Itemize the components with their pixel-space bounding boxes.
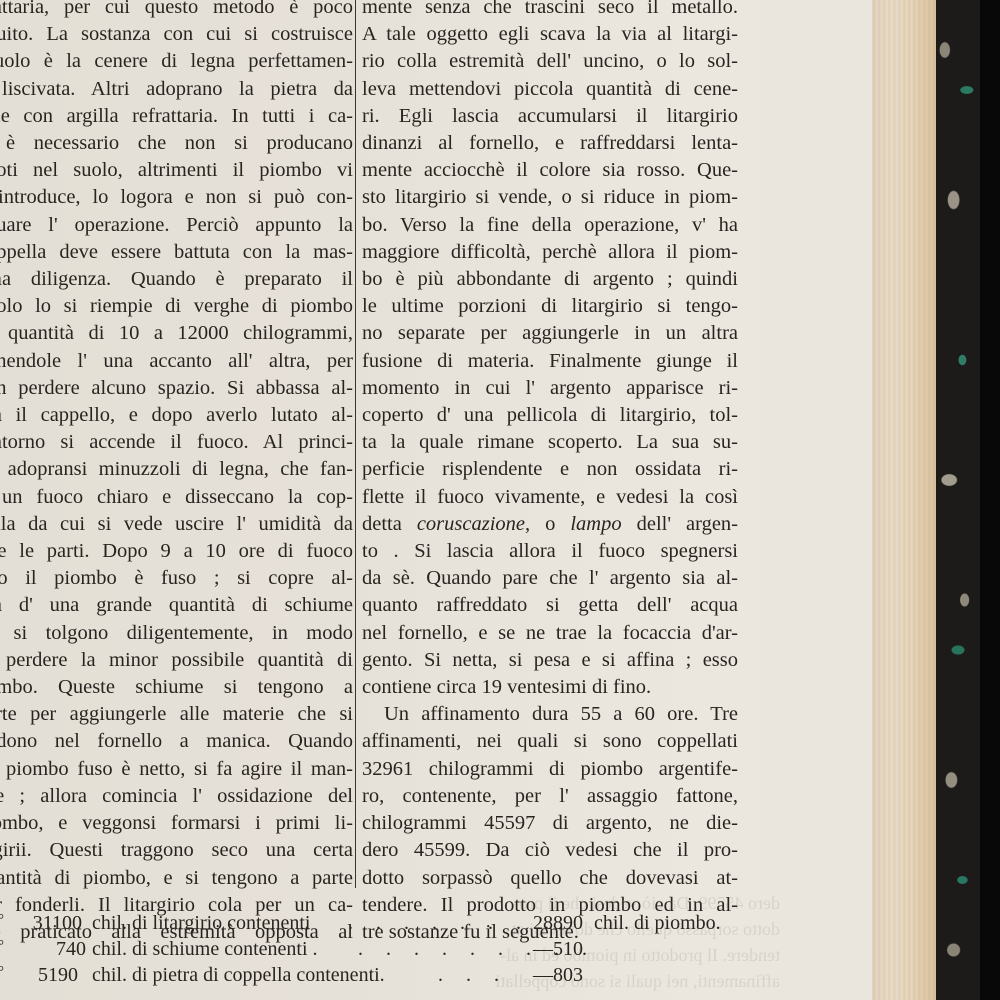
text-line: 32961 chilogrammi di piombo argentife-	[362, 756, 738, 783]
text-line: ra il cappello, e dopo averlo lutato al-	[0, 402, 353, 429]
leader-dots: . . .	[438, 962, 508, 988]
result-value: 28890	[503, 910, 583, 936]
text-line: guito. La sostanza con cui si costruisce	[0, 21, 353, 48]
text-line: momento in cui l' argento apparisce ri-	[362, 375, 738, 402]
degree-marker: °	[0, 933, 4, 959]
text-line: Un affinamento dura 55 a 60 ore. Tre	[362, 701, 738, 728]
text-line: o adopransi minuzzoli di legna, che fan-	[0, 456, 353, 483]
text-line: contiene circa 19 ventesimi di fino.	[362, 674, 738, 701]
text-line: chilogrammi 45597 di argento, ne die-	[362, 810, 738, 837]
italic-term: coruscazione	[417, 513, 525, 535]
text-fragment: , o	[525, 513, 570, 535]
text-line: liscivata. Altri adoprano la pietra da	[0, 76, 353, 103]
text-line: un fuoco chiaro e disseccano la cop-	[0, 484, 353, 511]
text-line: oppella deve essere battuta con la mas-	[0, 239, 353, 266]
text-line: mente acciocchè il colore sia rosso. Que…	[362, 157, 738, 184]
text-line: gento. Si netta, si pesa e si affina ; e…	[362, 647, 738, 674]
column-divider	[355, 0, 356, 888]
text-line: è necessario che non si producano	[0, 130, 353, 157]
quantity: 740	[6, 936, 86, 962]
left-text-column: rattaria, per cui questo metodo è poco g…	[0, 0, 353, 946]
text-line: quanto raffreddato si getta dell' acqua	[362, 592, 738, 619]
text-line: flette il fuoco vivamente, e vedesi la c…	[362, 484, 738, 511]
text-line: dero 45599. Da ciò vedesi che il pro-	[362, 837, 738, 864]
text-line: quantità di 10 a 12000 chilogrammi,	[0, 320, 353, 347]
text-line: ta la quale rimane scoperto. La sua su-	[362, 429, 738, 456]
text-line: e si tolgono diligentemente, in modo	[0, 620, 353, 647]
text-line: ce ; allora comincia l' ossidazione del	[0, 783, 353, 810]
text-fragment: dell' argen-	[622, 513, 738, 535]
text-line: dinanzi al fornello, e raffreddarsi lent…	[362, 130, 738, 157]
text-line: bo è più abbondante di argento ; quindi	[362, 266, 738, 293]
page-edges	[872, 0, 936, 1000]
description: chil. di schiume contenenti .	[92, 936, 318, 962]
text-line: piombo fuso è netto, si fa agire il man-	[0, 756, 353, 783]
text-line: lce con argilla refrattaria. In tutti i …	[0, 103, 353, 130]
text-line: tte le parti. Dopo 9 a 10 ore di fuoco	[0, 538, 353, 565]
italic-term: lampo	[570, 513, 621, 535]
description: chil. di litargirio contenenti	[92, 910, 310, 936]
text-line: suolo è la cenere di legna perfettamen-	[0, 48, 353, 75]
table-row: ° 740 chil. di schiume contenenti . . . …	[0, 936, 758, 962]
quantity: 5190	[0, 962, 78, 988]
text-line: uantità di piombo, e si tengono a parte	[0, 865, 353, 892]
right-text-column: mente senza che trascini seco il metallo…	[362, 0, 738, 946]
text-line: A tale oggetto egli scava la via al lita…	[362, 21, 738, 48]
description: chil. di pietra di coppella contenenti.	[92, 962, 385, 988]
text-line: ro, contenente, per l' assaggio fattone,	[362, 783, 738, 810]
text-line: le ultime porzioni di litargirio si teng…	[362, 293, 738, 320]
text-line: on perdere alcuno spazio. Si abbassa al-	[0, 375, 353, 402]
text-line: ndono nel fornello a manica. Quando	[0, 728, 353, 755]
text-line: fusione di materia. Finalmente giunge il	[362, 348, 738, 375]
text-line: nel fornello, e se ne trae la focaccia d…	[362, 620, 738, 647]
result-value: —510	[503, 936, 583, 962]
text-line: da sè. Quando pare che l' argento sia al…	[362, 565, 738, 592]
text-line: sto litargirio si vende, o si riduce in …	[362, 184, 738, 211]
text-line: iombo, e veggonsi formarsi i primi li-	[0, 810, 353, 837]
text-line: perdere la minor possibile quantità di	[0, 647, 353, 674]
text-line: rattaria, per cui questo metodo è poco	[0, 0, 353, 21]
book-cover-edge	[980, 0, 1000, 1000]
table-row: ° 5190 chil. di pietra di coppella conte…	[0, 962, 758, 988]
quantity: 31100	[2, 910, 82, 936]
text-line: tto il piombo è fuso ; si copre al-	[0, 565, 353, 592]
text-line: leva mettendovi piccola quantità di cene…	[362, 76, 738, 103]
text-line: intorno si accende il fuoco. Al princi-	[0, 429, 353, 456]
text-line: to . Si lascia allora il fuoco spegnersi	[362, 538, 738, 565]
text-line: coperto d' una pellicola di litargirio, …	[362, 402, 738, 429]
text-line: onendole l' una accanto all' altra, per	[0, 348, 353, 375]
text-line: ri. Egli lascia accumularsi il litargiri…	[362, 103, 738, 130]
result-unit: chil. di piombo.	[594, 910, 721, 936]
text-line: no separate per aggiungerle in un altra	[362, 320, 738, 347]
text-line: rgirii. Questi traggono seco una certa	[0, 837, 353, 864]
text-line: dotto sorpassò quello che dovevasi at-	[362, 865, 738, 892]
text-line: nuare l' operazione. Perciò appunto la	[0, 212, 353, 239]
text-line: ombo. Queste schiume si tengono a	[0, 674, 353, 701]
text-line: arte per aggiungerle alle materie che si	[0, 701, 353, 728]
text-line-italic: detta coruscazione, o lampo dell' argen-	[362, 511, 738, 538]
text-line: uoti nel suolo, altrimenti il piombo vi	[0, 157, 353, 184]
text-line: perficie risplendente e non ossidata ri-	[362, 456, 738, 483]
marbled-cover-board	[936, 0, 980, 1000]
production-table: ° 31100 chil. di litargirio contenenti .…	[0, 910, 758, 988]
table-row: ° 31100 chil. di litargirio contenenti .…	[0, 910, 758, 936]
text-line: introduce, lo logora e non si può con-	[0, 184, 353, 211]
book-page: rattaria, per cui questo metodo è poco g…	[0, 0, 872, 1000]
text-line: mente senza che trascini seco il metallo…	[362, 0, 738, 21]
text-line: rio colla estremità dell' uncino, o lo s…	[362, 48, 738, 75]
text-line: maggiore difficoltà, perchè allora il pi…	[362, 239, 738, 266]
text-line: ella da cui si vede uscire l' umidità da	[0, 511, 353, 538]
text-line: uolo lo si riempie di verghe di piombo	[0, 293, 353, 320]
text-line: ra d' una grande quantità di schiume	[0, 592, 353, 619]
text-line: ma diligenza. Quando è preparato il	[0, 266, 353, 293]
result-value: —803	[503, 962, 583, 988]
text-line: affinamenti, nei quali si sono coppellat…	[362, 728, 738, 755]
text-line: bo. Verso la fine della operazione, v' h…	[362, 212, 738, 239]
text-fragment: detta	[362, 513, 417, 535]
